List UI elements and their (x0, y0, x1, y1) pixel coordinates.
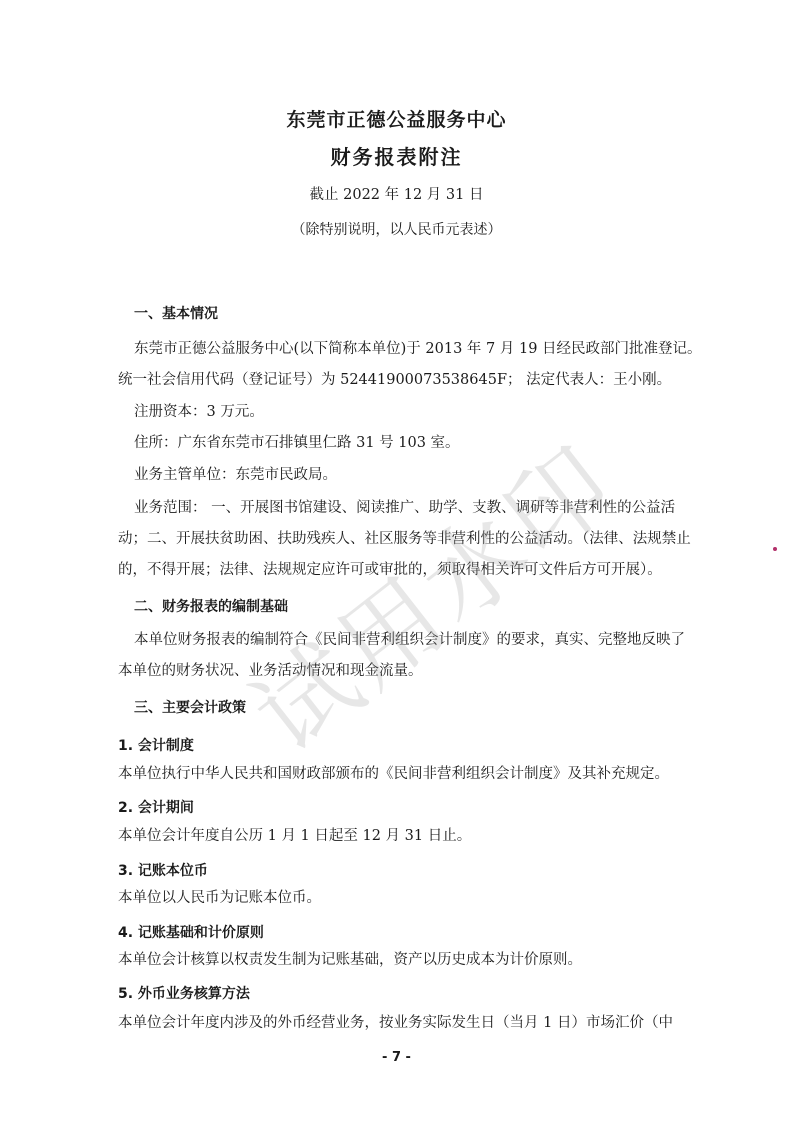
organization-title: 东莞市正德公益服务中心 (0, 105, 793, 132)
policy-text: 本单位以人民币为记账本位币。 (118, 886, 321, 907)
supervising-authority: 业务主管单位：东莞市民政局。 (134, 463, 337, 484)
policy-title: 3. 记账本位币 (118, 860, 208, 880)
section-heading-preparation-basis: 二、财务报表的编制基础 (134, 596, 288, 616)
document-title: 财务报表附注 (0, 141, 793, 170)
section-heading-basic-info: 一、基本情况 (134, 303, 218, 323)
page-number: - 7 - (0, 1050, 793, 1065)
section-heading-accounting-policies: 三、主要会计政策 (134, 697, 246, 717)
policy-text: 本单位会计核算以权责发生制为记账基础，资产以历史成本为计价原则。 (118, 948, 582, 969)
paragraph-line: 本单位财务报表的编制符合《民间非营利组织会计制度》的要求，真实、完整地反映了 (134, 628, 685, 649)
registered-capital: 注册资本：3 万元。 (134, 400, 264, 421)
document-page: 东莞市正德公益服务中心 财务报表附注 截止 2022 年 12 月 31 日 （… (0, 0, 793, 1123)
paragraph-line: 东莞市正德公益服务中心(以下简称本单位)于 2013 年 7 月 19 日经民政… (134, 337, 702, 358)
business-scope-line: 动；二、开展扶贫助困、扶助残疾人、社区服务等非营利性的公益活动。（法律、法规禁止 (118, 527, 691, 548)
business-scope-line: 的，不得开展；法律、法规规定应许可或审批的，须取得相关许可文件后方可开展）。 (118, 558, 662, 579)
policy-title: 1. 会计制度 (118, 735, 194, 755)
paragraph-line: 统一社会信用代码（登记证号）为 52441900073538645F； 法定代表… (118, 368, 671, 389)
address: 住所：广东省东莞市石排镇里仁路 31 号 103 室。 (134, 431, 460, 452)
policy-text: 本单位会计年度自公历 1 月 1 日起至 12 月 31 日止。 (118, 824, 471, 845)
currency-note: （除特别说明，以人民币元表述） (0, 219, 793, 239)
policy-text: 本单位执行中华人民共和国财政部颁布的《民间非营利组织会计制度》及其补充规定。 (118, 762, 669, 783)
policy-title: 4. 记账基础和计价原则 (118, 922, 264, 942)
trial-watermark: 试用水印 (204, 394, 655, 791)
policy-title: 2. 会计期间 (118, 797, 194, 817)
policy-text: 本单位会计年度内涉及的外币经营业务，按业务实际发生日（当月 1 日）市场汇价（中 (118, 1011, 673, 1032)
report-date: 截止 2022 年 12 月 31 日 (0, 183, 793, 204)
edge-mark (773, 547, 777, 551)
business-scope-line: 业务范围： 一、开展图书馆建设、阅读推广、助学、支教、调研等非营利性的公益活 (134, 496, 675, 517)
policy-title: 5. 外币业务核算方法 (118, 983, 250, 1003)
paragraph-line: 本单位的财务状况、业务活动情况和现金流量。 (118, 659, 423, 680)
